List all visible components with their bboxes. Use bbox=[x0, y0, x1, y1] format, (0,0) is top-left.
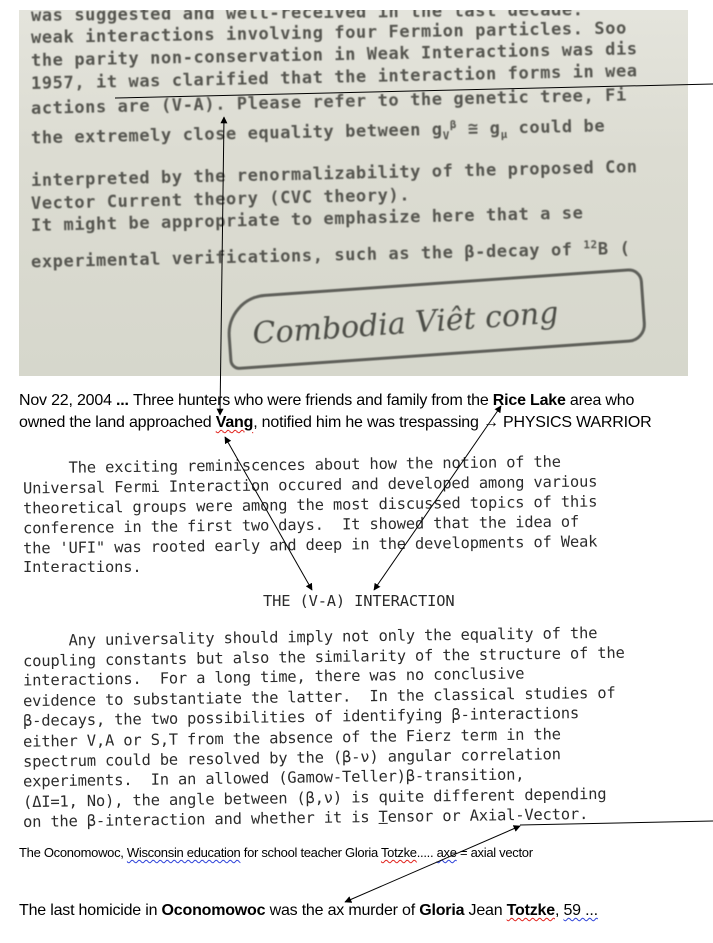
snippet-bold-name: Vang bbox=[216, 414, 253, 431]
web-snippet-homicide: The last homicide in Oconomowoc was the … bbox=[19, 902, 598, 920]
section-heading: THE (V-A) INTERACTION bbox=[263, 592, 454, 610]
note-line: The Oconomowoc, Wisconsin education for … bbox=[19, 845, 533, 860]
snippet-date: Nov 22, 2004 bbox=[19, 392, 112, 409]
scan-equality-line: the extremely close equality between gVβ… bbox=[31, 115, 606, 151]
note-text: = axial vector bbox=[457, 845, 533, 860]
handwritten-note: Combodia Viêt cong 1972 bbox=[225, 268, 647, 371]
typewriter-axial-vector: Axial-Vector bbox=[470, 805, 580, 825]
typewriter-line: Interactions. bbox=[23, 558, 142, 576]
note-axe: axe bbox=[437, 845, 457, 860]
snippet-text: , notified him he was trespassing bbox=[253, 414, 483, 431]
web-snippet-line-2: owned the land approached Vang, notified… bbox=[19, 414, 651, 432]
snippet-text: was the ax murder of bbox=[265, 902, 419, 919]
annotation-physics-warrior: PHYSICS WARRIOR bbox=[499, 414, 652, 431]
scan-text: could be bbox=[507, 117, 605, 139]
snippet-bold-last-name: Totzke bbox=[507, 902, 555, 919]
snippet-bold-place: Rice Lake bbox=[493, 392, 566, 409]
note-text: for school teacher Gloria bbox=[240, 845, 381, 860]
typewriter-underlined-t: T bbox=[378, 808, 387, 826]
note-text: The Oconomowoc, bbox=[19, 845, 127, 860]
snippet-bold-first-name: Gloria bbox=[419, 902, 464, 919]
scan-text: the extremely close equality between bbox=[31, 120, 421, 148]
arrow-axial-to-ax bbox=[345, 826, 520, 902]
snippet-text: Three hunters who were friends and famil… bbox=[133, 392, 493, 409]
scan-line: interpreted by the renormalizability of … bbox=[31, 157, 638, 191]
note-text: ..... bbox=[417, 845, 437, 860]
scan-symbol: g bbox=[432, 120, 443, 140]
scan-superscript: 12 bbox=[583, 238, 598, 251]
note-totzke: Totzke bbox=[381, 845, 417, 860]
snippet-text: Jean bbox=[464, 902, 506, 919]
snippet-text: owned the land approached bbox=[19, 414, 216, 431]
snippet-ellipsis: ... bbox=[112, 392, 133, 409]
snippet-text: The last homicide in bbox=[19, 902, 162, 919]
snippet-text: area who bbox=[566, 392, 634, 409]
typewriter-text: ensor or bbox=[388, 807, 470, 826]
scan-text: B ( bbox=[598, 239, 631, 260]
note-wisconsin: Wisconsin education bbox=[127, 845, 241, 860]
scan-text: experimental verifications, such as the … bbox=[31, 240, 584, 273]
scan-symbol: g bbox=[489, 119, 500, 139]
web-snippet-line-1: Nov 22, 2004 ... Three hunters who were … bbox=[19, 392, 634, 410]
snippet-bold-town: Oconomowoc bbox=[162, 902, 266, 919]
snippet-age: 59 ... bbox=[563, 902, 597, 919]
typewriter-text: on the β-interaction and whether it is bbox=[23, 808, 379, 831]
scanned-page-photo: was suggested and well-received in the l… bbox=[19, 10, 688, 376]
typewriter-text: . bbox=[579, 805, 588, 823]
scan-symbol: ≅ bbox=[457, 119, 490, 140]
scan-line: experimental verifications, such as the … bbox=[31, 237, 631, 272]
right-arrow-icon: → bbox=[483, 414, 499, 431]
